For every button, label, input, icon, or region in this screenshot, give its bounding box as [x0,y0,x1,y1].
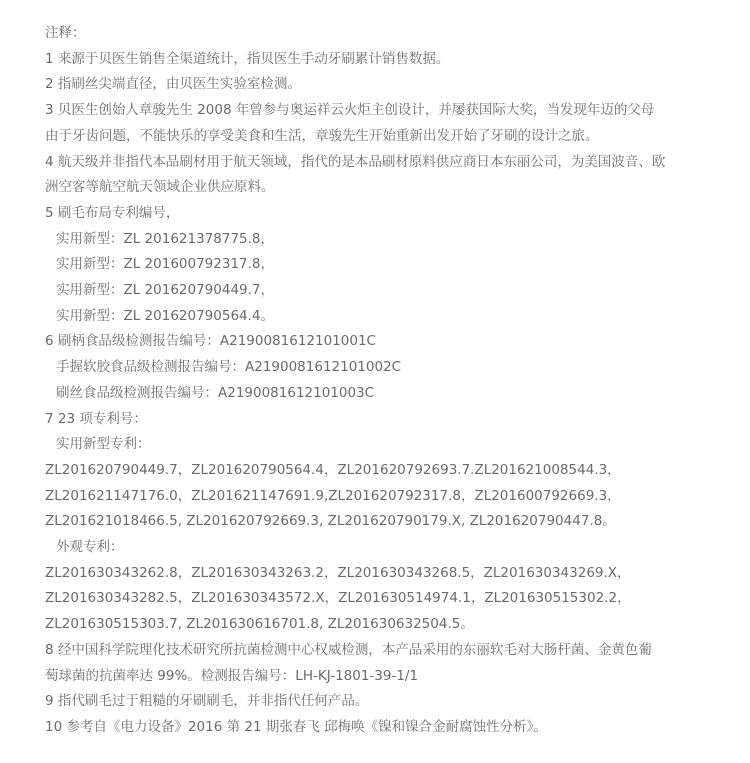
note-7-utility-label: 实用新型专利： [45,432,735,458]
note-4-line-1: 4 航天级并非指代本品刷材用于航天领域，指代的是本品刷材原料供应商日本东丽公司，… [45,150,735,176]
note-10: 10 参考自《电力设备》2016 第 21 期张春飞 邱梅唤《镍和镍合金耐腐蚀性… [45,715,735,741]
note-6-line-1: 6 刷柄食品级检测报告编号：A2190081612101001C [45,329,735,355]
note-7-title: 7 23 项专利号： [45,407,735,433]
note-7-design-patents: ZL201630343282.5，ZL201630343572.X，ZL2016… [45,586,735,612]
note-5-patent: 实用新型：ZL 201621378775.8， [45,227,735,253]
note-7-design-label: 外观专利： [45,535,735,561]
note-5-patent: 实用新型：ZL 201620790564.4。 [45,304,735,330]
note-7-design-patents: ZL201630515303.7, ZL201630616701.8, ZL20… [45,612,735,638]
footnotes-block: 注释： 1 来源于贝医生销售全渠道统计，指贝医生手动牙刷累计销售数据。 2 指刷… [45,21,735,741]
notes-heading: 注释： [45,21,735,47]
note-5-title: 5 刷毛布局专利编号， [45,201,735,227]
note-6-line-3: 刷丝食品级检测报告编号：A2190081612101003C [45,381,735,407]
note-3-line-2: 由于牙齿问题，不能快乐的享受美食和生活，章骏先生开始重新出发开始了牙刷的设计之旅… [45,124,735,150]
note-7-design-patents: ZL201630343262.8，ZL201630343263.2，ZL2016… [45,561,735,587]
note-2: 2 指刷丝尖端直径，由贝医生实验室检测。 [45,72,735,98]
note-8-line-1: 8 经中国科学院理化技术研究所抗菌检测中心权威检测，本产品采用的东丽软毛对大肠杆… [45,638,735,664]
note-7-utility-patents: ZL201620790449.7，ZL201620790564.4，ZL2016… [45,458,735,484]
note-7-utility-patents: ZL201621147176.0，ZL201621147691.9,ZL2016… [45,484,735,510]
note-5-patent: 实用新型：ZL 201620790449.7， [45,278,735,304]
note-3-line-1: 3 贝医生创始人章骏先生 2008 年曾参与奥运祥云火炬主创设计，并屡获国际大奖… [45,98,735,124]
note-7-utility-patents: ZL201621018466.5, ZL201620792669.3, ZL20… [45,509,735,535]
note-6-line-2: 手握软胶食品级检测报告编号：A2190081612101002C [45,355,735,381]
note-1: 1 来源于贝医生销售全渠道统计，指贝医生手动牙刷累计销售数据。 [45,47,735,73]
note-5-patent: 实用新型：ZL 201600792317.8， [45,252,735,278]
note-8-line-2: 萄球菌的抗菌率达 99%。检测报告编号：LH-KJ-1801-39-1/1 [45,664,735,690]
note-4-line-2: 洲空客等航空航天领域企业供应原料。 [45,175,735,201]
note-9: 9 指代刷毛过于粗糙的牙刷刷毛，并非指代任何产品。 [45,689,735,715]
